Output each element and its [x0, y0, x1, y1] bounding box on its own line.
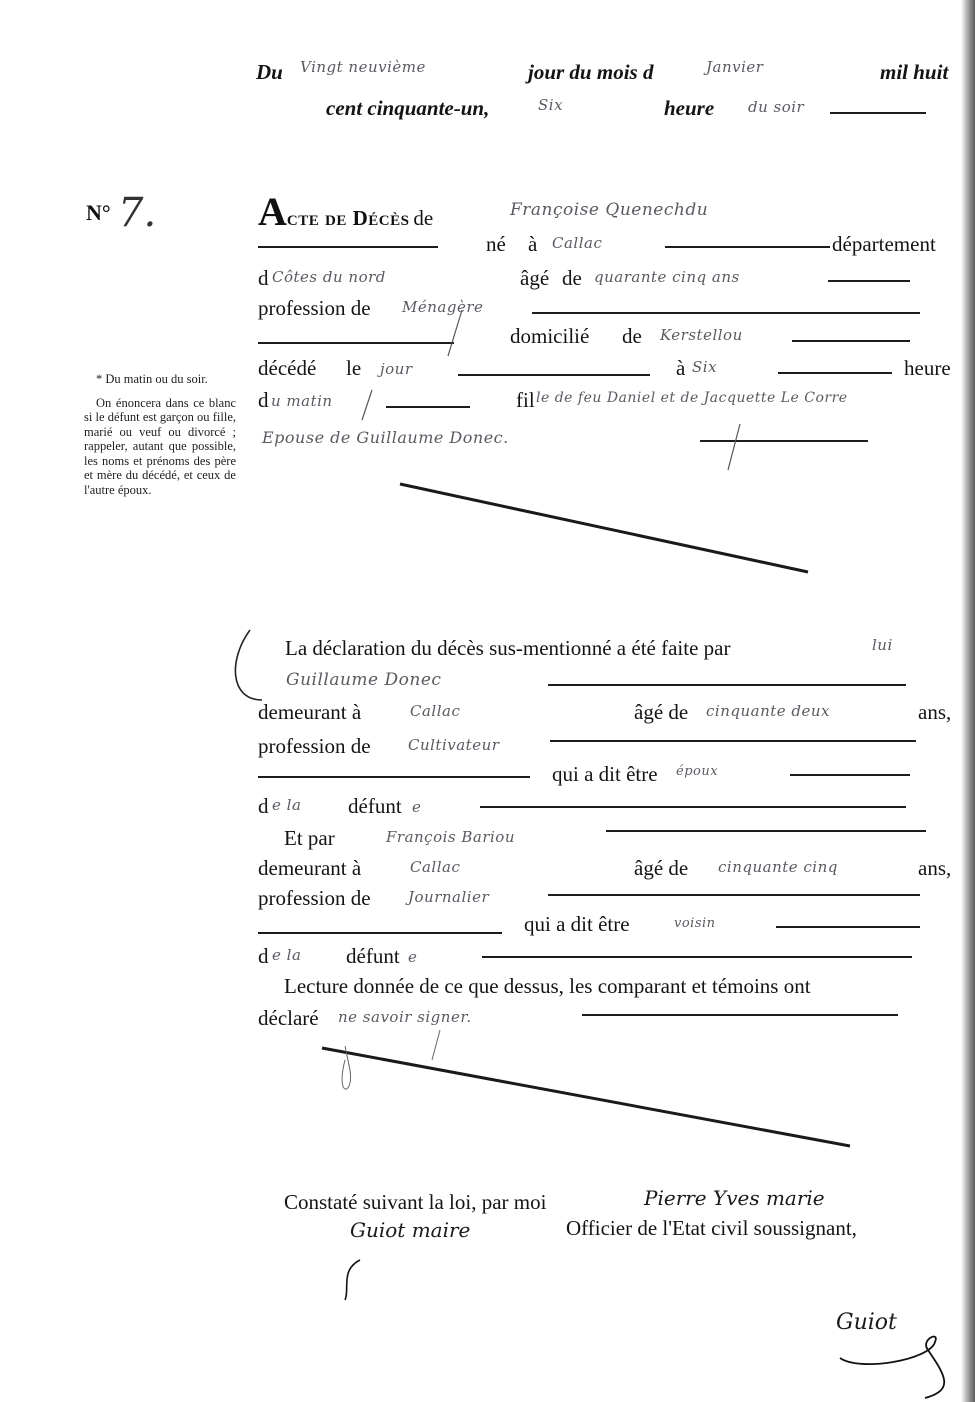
- signature-flourish: [0, 0, 975, 1402]
